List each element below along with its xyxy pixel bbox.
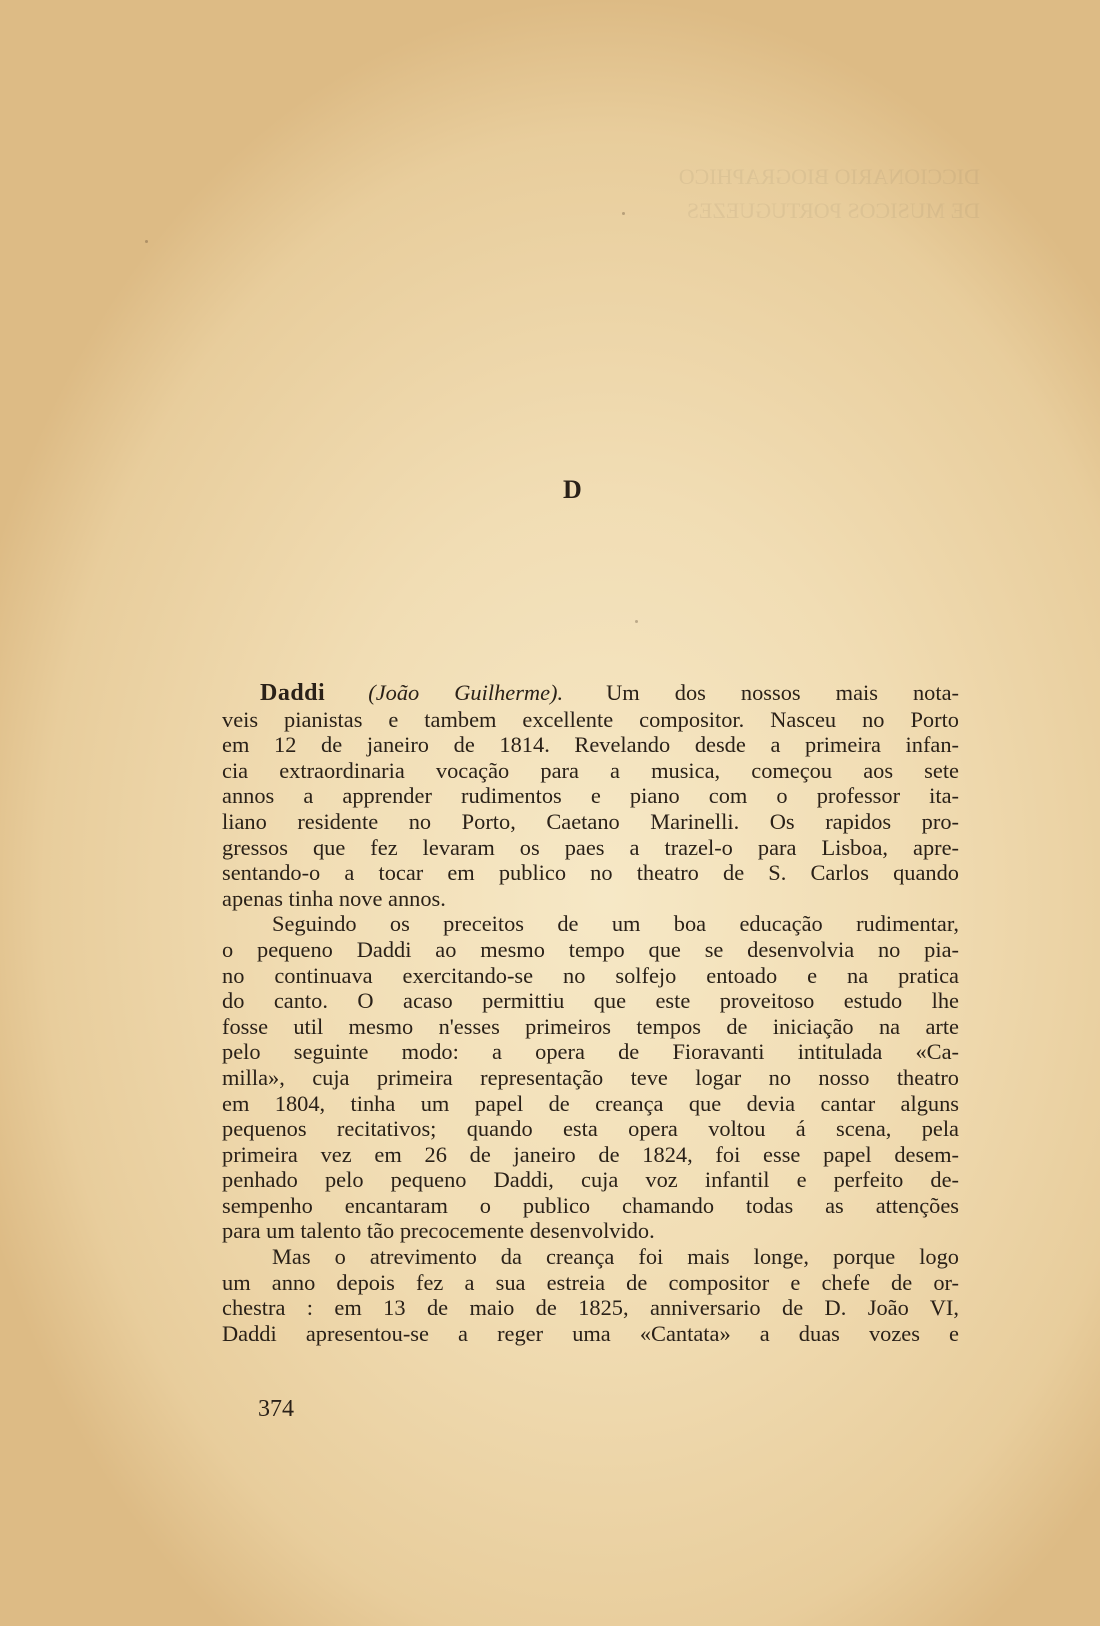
entry-line: milla», cuja primeira representação teve… [222,1065,959,1091]
entry-line: annos a apprender rudimentos e piano com… [222,783,959,809]
bleed-line: DE MUSICOS PORTUGUEZES [200,194,980,228]
entry-line: pelo seguinte modo: a opera de Fioravant… [222,1039,959,1065]
entry-line: sentando-o a tocar em publico no theatro… [222,860,959,886]
bleed-through-text: DICCIONARIO BIOGRAPHICO DE MUSICOS PORTU… [200,160,980,540]
entry-line: sempenho encantaram o publico chamando t… [222,1193,959,1219]
entry-line: liano residente no Porto, Caetano Marine… [222,809,959,835]
entry-line: veis pianistas e tambem excellente compo… [222,707,959,733]
entry-line: Mas o atrevimento da creança foi mais lo… [222,1244,959,1270]
paper-speck [145,240,148,243]
entry-line: penhado pelo pequeno Daddi, cuja voz inf… [222,1167,959,1193]
bleed-line: DICCIONARIO BIOGRAPHICO [200,160,980,194]
entry-line: fosse util mesmo n'esses primeiros tempo… [222,1014,959,1040]
entry-line: Daddi apresentou-se a reger uma «Cantata… [222,1321,959,1347]
entry-line: Seguindo os preceitos de um boa educação… [222,911,959,937]
entry-line: no continuava exercitando-se no solfejo … [222,963,959,989]
entry-line: apenas tinha nove annos. [222,886,959,912]
entry-line: em 1804, tinha um papel de creança que d… [222,1091,959,1117]
headword: Daddi [260,680,325,706]
page-number: 374 [258,1396,294,1423]
entry-line: cia extraordinaria vocação para a musica… [222,758,959,784]
section-letter: D [563,475,583,505]
entry-line: um anno depois fez a sua estreia de comp… [222,1270,959,1296]
entry-line-text: Um dos nossos mais nota- [606,680,959,705]
headword-qualifier: (João Guilherme). [368,680,563,705]
entry-line: chestra : em 13 de maio de 1825, anniver… [222,1295,959,1321]
entry-line: em 12 de janeiro de 1814. Revelando desd… [222,732,959,758]
paper-speck [635,620,638,623]
entry-line: para um talento tão precocemente desenvo… [222,1218,959,1244]
entry-line: do canto. O acaso permittiu que este pro… [222,988,959,1014]
entry-line: o pequeno Daddi ao mesmo tempo que se de… [222,937,959,963]
entry-line: primeira vez em 26 de janeiro de 1824, f… [222,1142,959,1168]
dictionary-entry: Daddi (João Guilherme). Um dos nossos ma… [222,680,959,1346]
entry-first-line: Daddi (João Guilherme). Um dos nossos ma… [222,680,959,707]
paper-speck [622,212,625,215]
entry-line: pequenos recitativos; quando esta opera … [222,1116,959,1142]
entry-line: gressos que fez levaram os paes a trazel… [222,835,959,861]
